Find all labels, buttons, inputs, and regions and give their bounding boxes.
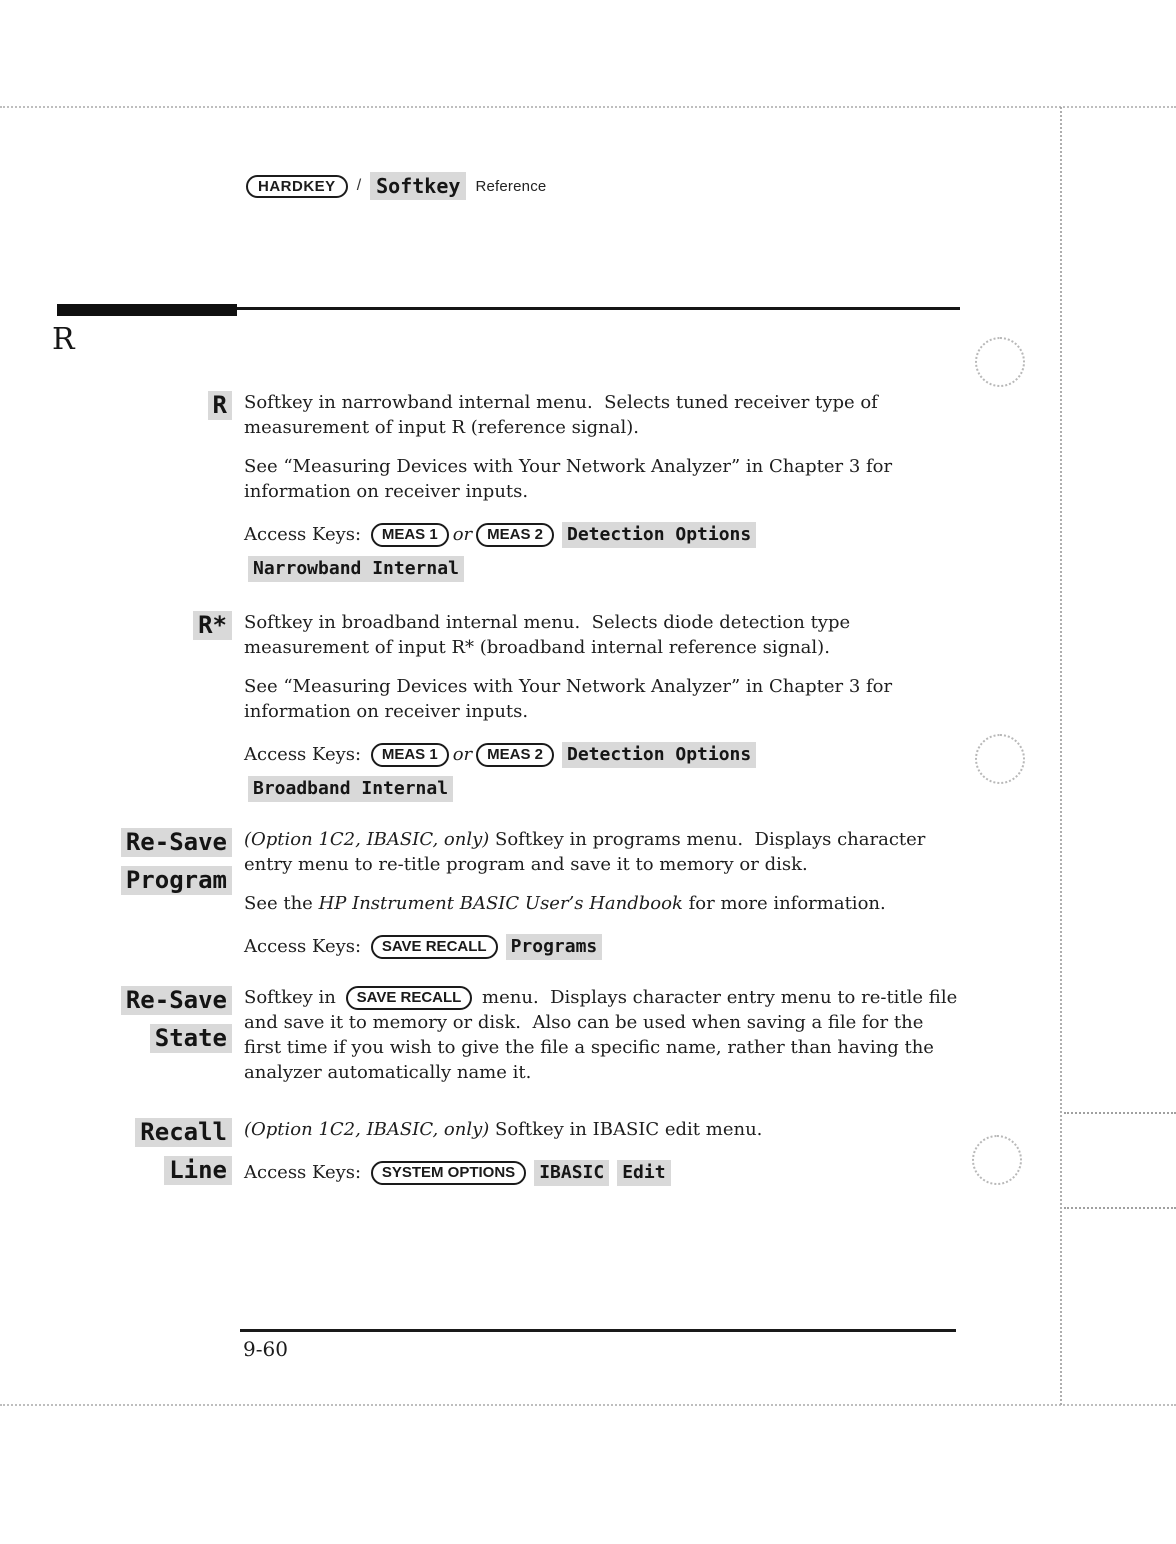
text-run: Access Keys:	[244, 1162, 367, 1183]
scan-dash-right-lower	[1064, 1207, 1176, 1209]
running-header: HARDKEY / Softkey Reference	[246, 172, 546, 200]
italic-text: (Option 1C2, IBASIC, only)	[244, 1119, 489, 1140]
text-run: Softkey in narrowband internal menu. Sel…	[244, 392, 878, 413]
text-run: Access Keys:	[244, 936, 367, 957]
description-paragraph: Softkey in narrowband internal menu. Sel…	[244, 390, 960, 440]
term-chip: Re-Save	[121, 986, 232, 1015]
hardkey-label: MEAS 2	[476, 523, 554, 547]
term-chip: Re-Save	[121, 828, 232, 857]
scan-dash-right-upper	[1064, 1112, 1176, 1114]
italic-text: or	[453, 744, 472, 765]
definition-entry: Re-SaveState Softkey in SAVE RECALL menu…	[40, 985, 960, 1099]
text-run: information on receiver inputs.	[244, 701, 528, 722]
softkey-label: Edit	[617, 1160, 670, 1186]
text-run: Softkey in IBASIC edit menu.	[489, 1119, 762, 1140]
page-edge-dotted-line	[1060, 107, 1062, 1405]
text-run: See “Measuring Devices with Your Network…	[244, 456, 892, 477]
term-chip: R	[208, 391, 232, 420]
entry-body: Softkey in broadband internal menu. Sele…	[244, 610, 960, 806]
hardkey-badge: HARDKEY	[246, 175, 348, 198]
softkey-label: Detection Options	[562, 742, 756, 768]
section-divider-rule	[57, 304, 960, 316]
softkey-badge: Softkey	[370, 172, 466, 200]
italic-text: or	[453, 524, 472, 545]
scan-dotted-line-top	[0, 106, 1176, 108]
term-chip: State	[150, 1024, 232, 1053]
hardkey-label: SAVE RECALL	[346, 986, 473, 1010]
entry-body: (Option 1C2, IBASIC, only) Softkey in pr…	[244, 827, 960, 964]
text-run: entry menu to re-title program and save …	[244, 854, 808, 875]
text-run: for more information.	[683, 893, 886, 914]
text-run: See the	[244, 893, 319, 914]
softkey-term: Re-SaveState	[40, 986, 232, 1062]
header-title: Reference	[475, 178, 546, 195]
header-separator: /	[357, 177, 361, 195]
term-chip: Recall	[135, 1118, 232, 1147]
punch-hole	[972, 1135, 1022, 1185]
divider-thick-bar	[57, 304, 237, 316]
punch-hole	[975, 734, 1025, 784]
entry-body: Softkey in narrowband internal menu. Sel…	[244, 390, 960, 586]
scanned-manual-page: HARDKEY / Softkey Reference R R Softkey …	[0, 0, 1176, 1544]
softkey-term: Re-SaveProgram	[40, 828, 232, 904]
description-paragraph: Softkey in SAVE RECALL menu. Displays ch…	[244, 985, 960, 1085]
text-run: measurement of input R* (broadband inter…	[244, 637, 830, 658]
softkey-term: RecallLine	[40, 1118, 232, 1194]
softkey-label: IBASIC	[534, 1160, 609, 1186]
description-paragraph: Softkey in broadband internal menu. Sele…	[244, 610, 960, 660]
text-run: Softkey in broadband internal menu. Sele…	[244, 612, 850, 633]
section-letter: R	[52, 324, 75, 356]
definition-entry: R* Softkey in broadband internal menu. S…	[40, 610, 960, 820]
hardkey-label: SYSTEM OPTIONS	[371, 1161, 526, 1185]
description-paragraph: See “Measuring Devices with Your Network…	[244, 674, 960, 724]
punch-hole	[975, 337, 1025, 387]
footer-rule	[240, 1329, 956, 1332]
text-run: See “Measuring Devices with Your Network…	[244, 676, 892, 697]
access-keys-line: Access Keys: MEAS 1orMEAS 2Detection Opt…	[244, 518, 960, 586]
text-run: measurement of input R (reference signal…	[244, 417, 639, 438]
entry-body: (Option 1C2, IBASIC, only) Softkey in IB…	[244, 1117, 960, 1190]
hardkey-label: SAVE RECALL	[371, 935, 498, 959]
term-chip: R*	[193, 611, 232, 640]
text-run: analyzer automatically name it.	[244, 1062, 531, 1083]
text-run: and save it to memory or disk. Also can …	[244, 1012, 923, 1033]
softkey-label: Broadband Internal	[248, 776, 453, 802]
description-paragraph: See “Measuring Devices with Your Network…	[244, 454, 960, 504]
definition-entry: R Softkey in narrowband internal menu. S…	[40, 390, 960, 600]
scan-dotted-line-bottom	[0, 1404, 1176, 1406]
term-chip: Line	[164, 1156, 232, 1185]
italic-text: (Option 1C2, IBASIC, only)	[244, 829, 489, 850]
italic-text: HP Instrument BASIC User’s Handbook	[319, 893, 683, 914]
definition-entry: Re-SaveProgram (Option 1C2, IBASIC, only…	[40, 827, 960, 978]
hardkey-label: MEAS 1	[371, 743, 449, 767]
softkey-label: Programs	[506, 934, 603, 960]
softkey-label: Detection Options	[562, 522, 756, 548]
softkey-term: R*	[40, 611, 232, 649]
text-run: information on receiver inputs.	[244, 481, 528, 502]
access-keys-line: Access Keys: MEAS 1orMEAS 2Detection Opt…	[244, 738, 960, 806]
term-chip: Program	[121, 866, 232, 895]
text-run: Softkey in programs menu. Displays chara…	[489, 829, 925, 850]
access-keys-line: Access Keys: SYSTEM OPTIONSIBASICEdit	[244, 1156, 960, 1190]
description-paragraph: See the HP Instrument BASIC User’s Handb…	[244, 891, 960, 916]
text-run: Softkey in	[244, 987, 342, 1008]
text-run: menu. Displays character entry menu to r…	[476, 987, 957, 1008]
definition-entry: RecallLine (Option 1C2, IBASIC, only) So…	[40, 1117, 960, 1204]
description-paragraph: (Option 1C2, IBASIC, only) Softkey in pr…	[244, 827, 960, 877]
access-keys-line: Access Keys: SAVE RECALLPrograms	[244, 930, 960, 964]
description-paragraph: (Option 1C2, IBASIC, only) Softkey in IB…	[244, 1117, 960, 1142]
softkey-label: Narrowband Internal	[248, 556, 464, 582]
entry-body: Softkey in SAVE RECALL menu. Displays ch…	[244, 985, 960, 1085]
softkey-term: R	[40, 391, 232, 429]
hardkey-label: MEAS 2	[476, 743, 554, 767]
text-run: first time if you wish to give the file …	[244, 1037, 934, 1058]
hardkey-label: MEAS 1	[371, 523, 449, 547]
text-run: Access Keys:	[244, 744, 367, 765]
text-run: Access Keys:	[244, 524, 367, 545]
page-number: 9-60	[243, 1337, 288, 1361]
